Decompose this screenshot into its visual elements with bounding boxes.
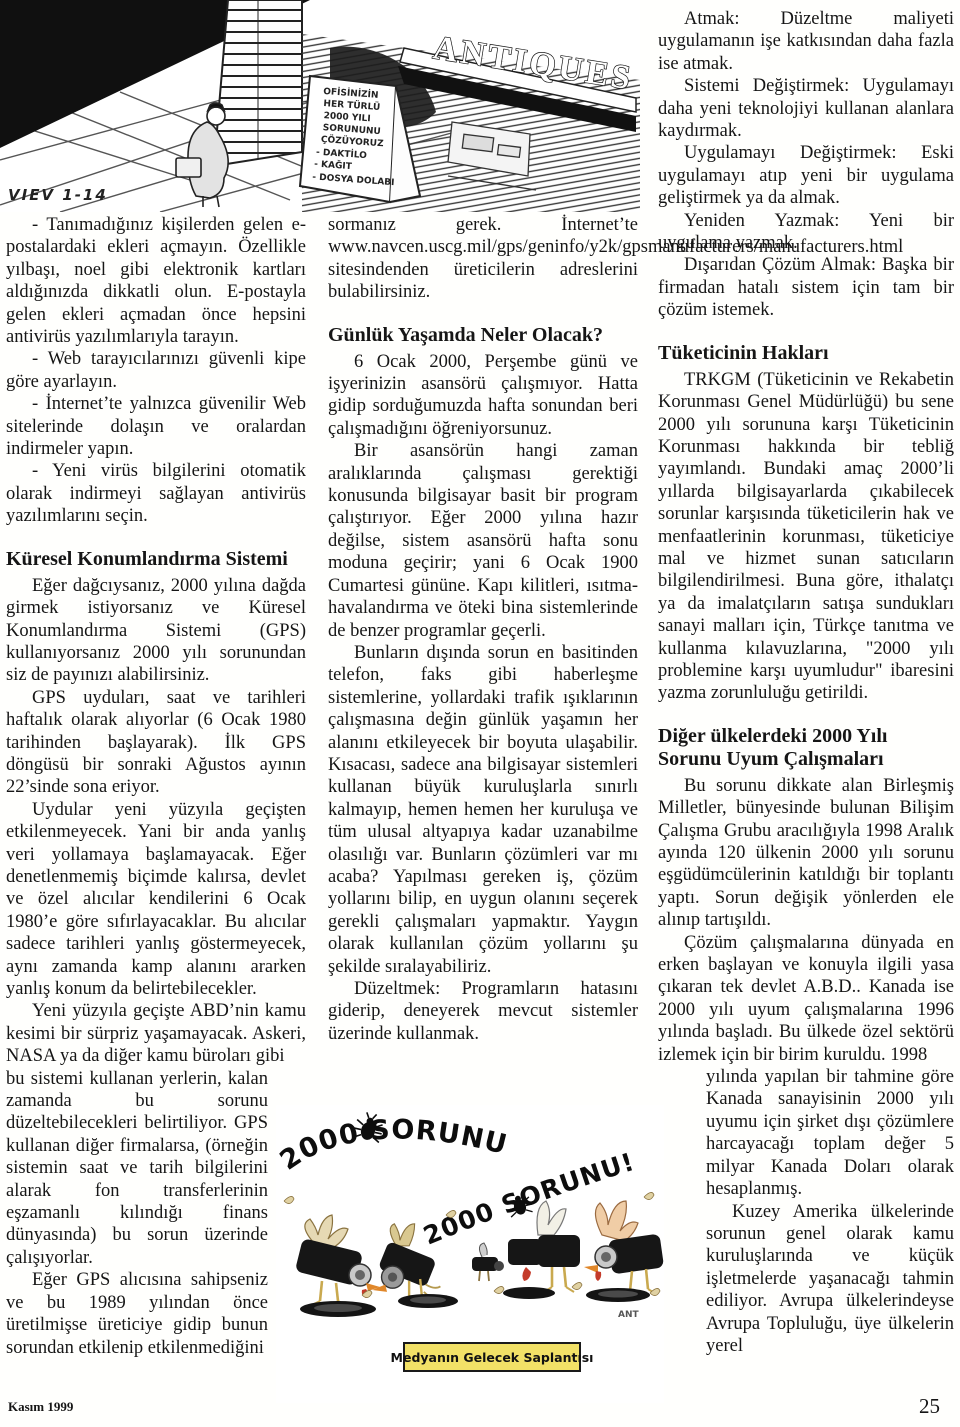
antiques-cartoon-svg: ANTIQUES OFİSİNİZİN HER TÜRLÜ 2000 YILI … <box>0 0 640 212</box>
paragraph: sormanız gerek. İnternet’te www.navcen.u… <box>328 214 638 304</box>
footer-date: Kasım 1999 <box>8 1399 73 1415</box>
section-heading: Tüketicinin Hakları <box>658 342 954 365</box>
paragraph: GPS uyduları, saat ve tarihleri haftalık… <box>6 687 306 799</box>
section-heading: Günlük Yaşamda Neler Olacak? <box>328 324 638 347</box>
paragraph: Dışarıdan Çözüm Almak: Başka bir firmada… <box>658 254 954 321</box>
paragraph: Eğer dağcıysanız, 2000 yılına dağda girm… <box>6 575 306 687</box>
top-cartoon-illustration: ANTIQUES OFİSİNİZİN HER TÜRLÜ 2000 YILI … <box>0 0 640 212</box>
paragraph: TRKGM (Tüketicinin ve Rekabetin Korunmas… <box>658 369 954 705</box>
section-heading: Diğer ülkelerdeki 2000 Yılı Sorunu Uyum … <box>658 725 954 771</box>
paragraph: bu sistemi kullanan yerlerin, kalan zama… <box>6 1068 306 1270</box>
svg-text:Medyanın Gelecek Saplantısı: Medyanın Gelecek Saplantısı <box>391 1350 594 1365</box>
section-heading: Küresel Konumlandırma Sistemi <box>6 548 306 571</box>
cartoon-cutout-spacer <box>658 1066 706 1362</box>
column-middle: sormanız gerek. İnternet’te www.navcen.u… <box>328 214 638 1104</box>
paragraph: Düzeltmek: Programların hatasını giderip… <box>328 978 638 1045</box>
column-left-wrapped-blocks: bu sistemi kullanan yerlerin, kalan zama… <box>6 1068 306 1359</box>
column-right-blocks: Atmak: Düzeltme maliyeti uygulamanın işe… <box>658 8 954 1066</box>
paragraph: - Tanımadığınız kişilerden gelen e-posta… <box>6 214 306 348</box>
page-number: 25 <box>919 1394 940 1419</box>
paragraph: Bu sorunu dikkate alan Birleşmiş Milletl… <box>658 775 954 932</box>
cartoonist-signature: VIEV 1-14 <box>8 186 108 204</box>
magazine-page: ANTIQUES OFİSİNİZİN HER TÜRLÜ 2000 YILI … <box>0 0 960 1427</box>
cartoon-caption: Medyanın Gelecek Saplantısı <box>391 1343 594 1371</box>
brick-pillar <box>214 0 302 166</box>
paragraph: Yeni yüzyıla geçişte ABD’nin kamu kesimi… <box>6 1000 306 1067</box>
paragraph: Uygulamayı Değiştirmek: Eski uygulamayı … <box>658 142 954 209</box>
paragraph: Uydular yeni yüzyıla geçişten etkilenmey… <box>6 799 306 1001</box>
paragraph: Çözüm çalışmalarına dünyada en erken baş… <box>658 932 954 1066</box>
paragraph: Bir asansörün hangi zaman aralıklarında … <box>328 440 638 642</box>
paragraph: Yeniden Yazmak: Yeni bir uygulama yazmak… <box>658 210 954 255</box>
column-middle-blocks: sormanız gerek. İnternet’te www.navcen.u… <box>328 214 638 1045</box>
cartoonist-signature: ANT <box>618 1310 639 1320</box>
column-right: Atmak: Düzeltme maliyeti uygulamanın işe… <box>658 8 954 1398</box>
column-left-blocks: - Tanımadığınız kişilerden gelen e-posta… <box>6 214 306 1068</box>
paragraph: Sistemi Değiştirmek: Uygulamayı daha yen… <box>658 75 954 142</box>
paragraph: - Yeni virüs bilgilerini otomatik olarak… <box>6 460 306 527</box>
paragraph: - Web tarayıcılarınızı güvenli kipe göre… <box>6 348 306 393</box>
paragraph: Eğer GPS alıcısına sahipseniz ve bu 1989… <box>6 1269 306 1359</box>
bottom-cartoon-illustration: 2000 SORUNU!! 2000 SORUNU!! <box>276 1105 664 1403</box>
paragraph: Atmak: Düzeltme maliyeti uygulamanın işe… <box>658 8 954 75</box>
column-left: - Tanımadığınız kişilerden gelen e-posta… <box>6 214 306 1386</box>
paragraph: Bunların dışında sorun en basitinden tel… <box>328 642 638 978</box>
y2k-media-cartoon-svg: 2000 SORUNU!! 2000 SORUNU!! <box>276 1105 664 1403</box>
paragraph: - İnternet’te yalnızca güvenilir Web sit… <box>6 393 306 460</box>
paragraph: 6 Ocak 2000, Perşembe günü ve işyerinizi… <box>328 351 638 441</box>
